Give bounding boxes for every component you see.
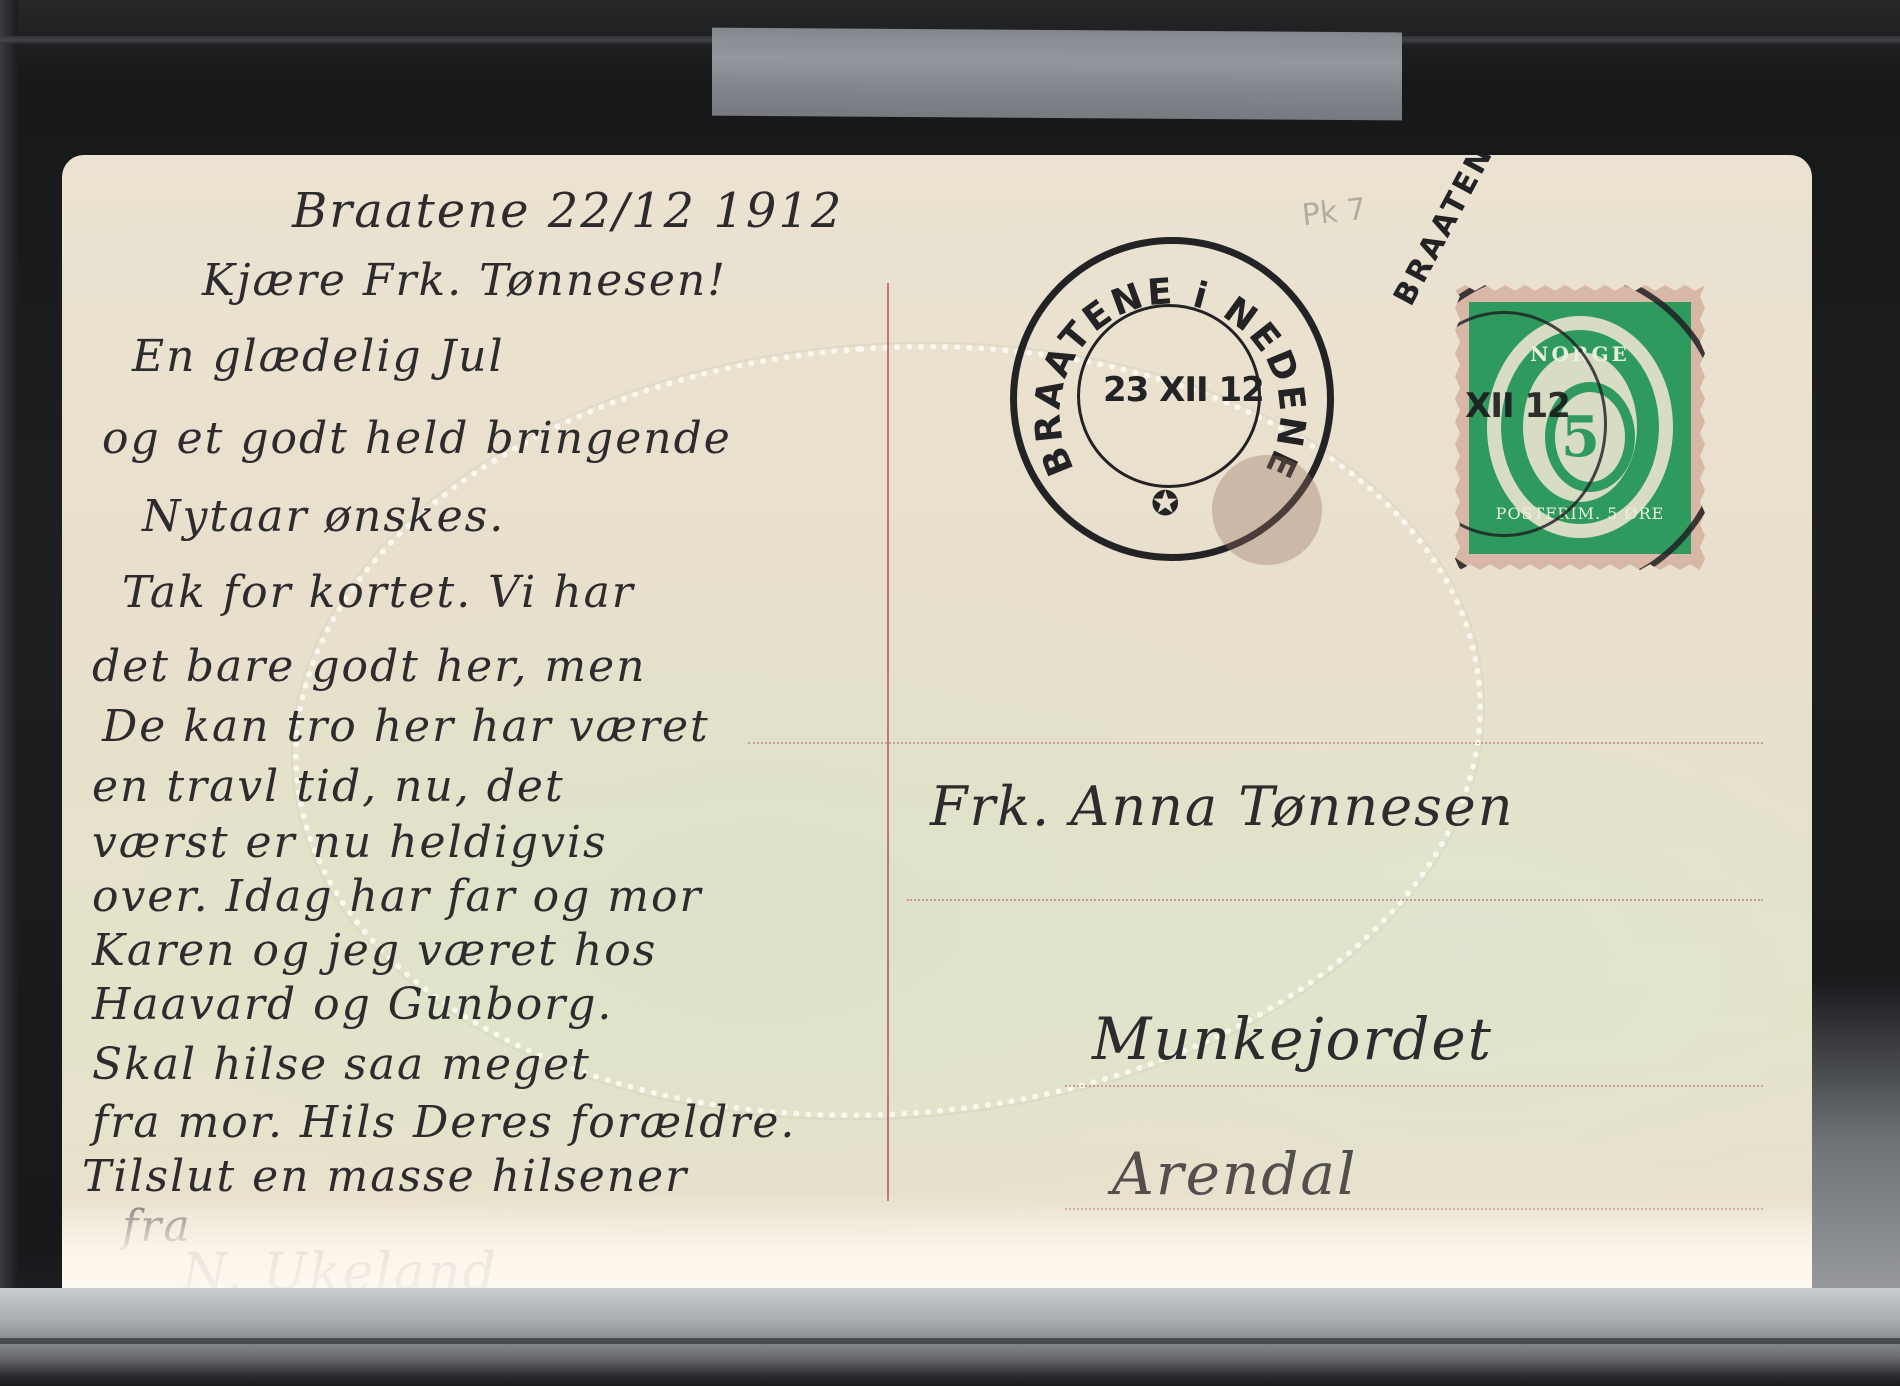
postage-stamp: 5 NORGE POSTFRIM. 5 ØRE 23 XII 12 (1455, 285, 1705, 570)
address-line-3 (1065, 1085, 1763, 1087)
address-line-2 (907, 899, 1763, 901)
message-line: Tak for kortet. Vi har (122, 561, 635, 625)
postmark-date: 23 XII 12 (1103, 370, 1264, 410)
sleeve-left-edge (0, 0, 18, 1386)
message-line: det bare godt her, men (92, 635, 646, 699)
stamp-cancel-date: 23 XII 12 (1409, 386, 1570, 426)
postcard: Braatene 22/12 1912 Kjære Frk. Tønnesen!… (62, 155, 1812, 1315)
message-line: De kan tro her har været (102, 695, 710, 759)
address-line-1 (748, 742, 1763, 744)
message-heading: Braatene 22/12 1912 (292, 179, 843, 243)
address-street: Munkejordet (1092, 1005, 1493, 1073)
sleeve-glare-right (1812, 980, 1900, 1310)
stamp-cancellation: 23 XII 12 (1385, 265, 1727, 597)
message-line: Nytaar ønskes. (142, 485, 505, 549)
postmark-star-icon: ✪ (1151, 484, 1180, 524)
message-line: Skal hilse saa meget (92, 1033, 591, 1097)
pencil-note: Pk 7 (1300, 192, 1367, 234)
sleeve-bottom-rail (0, 1338, 1900, 1344)
message-line: og et godt held bringende (102, 407, 732, 471)
address-recipient: Frk. Anna Tønnesen (930, 775, 1515, 838)
tape-strip (712, 28, 1402, 121)
message-line: En glædelig Jul (132, 325, 505, 389)
message-line: en travl tid, nu, det (92, 755, 565, 819)
ink-smudge (1212, 455, 1322, 565)
message-line: Haavard og Gunborg. (92, 973, 613, 1037)
sleeve-glare-bottom (0, 1288, 1900, 1386)
message-line: Kjære Frk. Tønnesen! (202, 249, 727, 313)
